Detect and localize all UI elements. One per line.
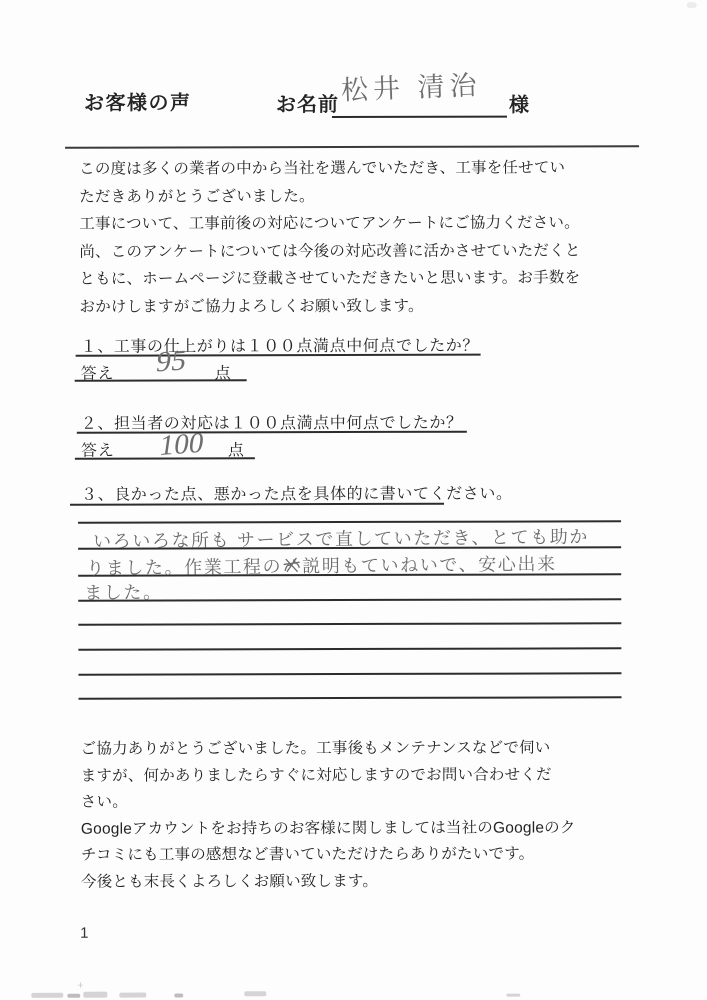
scan-smudge bbox=[174, 993, 183, 997]
comment-line-2-text-before: りました。作業工程の bbox=[86, 556, 282, 578]
question-2-heading-underline bbox=[77, 431, 467, 434]
intro-paragraph-2-line: ともに、ホームページに登載させていただきたいと思います。お手数を bbox=[79, 264, 580, 293]
question-1-heading-underline bbox=[76, 354, 481, 357]
intro-paragraph-2-line: 尚、このアンケートについては今後の対応改善に活かさせていただくと bbox=[79, 237, 580, 266]
question-1-score-handwritten: 95 bbox=[154, 344, 188, 379]
paper-sheet: お客様の声 お名前 松井 清治 様 この度は多くの業者の中から当社を選んでいただ… bbox=[0, 0, 707, 1000]
customer-name-handwritten: 松井 清治 bbox=[340, 63, 482, 107]
intro-paragraph-2-line: 工事について、工事前後の対応についてアンケートにご協力ください。 bbox=[79, 209, 580, 238]
closing-line: ご協力ありがとうございました。工事後もメンテナンスなどで伺い bbox=[81, 735, 576, 763]
question-2-score-handwritten: 100 bbox=[157, 427, 206, 463]
scan-smudge bbox=[244, 991, 266, 996]
ruled-line bbox=[78, 622, 621, 625]
scan-smudge bbox=[687, 2, 697, 8]
question-2-points-unit: 点 bbox=[228, 437, 244, 460]
intro-paragraph-2: 工事について、工事前後の対応についてアンケートにご協力ください。 尚、このアンケ… bbox=[79, 209, 580, 320]
scan-smudge bbox=[119, 993, 146, 998]
scan-smudge bbox=[83, 992, 107, 998]
closing-line: 今後とも末長くよろしくお願い致します。 bbox=[81, 868, 576, 896]
closing-paragraph: ご協力ありがとうございました。工事後もメンテナンスなどで伺い ますが、何かありま… bbox=[81, 735, 576, 895]
scanned-customer-survey: お客様の声 お名前 松井 清治 様 この度は多くの業者の中から当社を選んでいただ… bbox=[0, 0, 707, 1000]
question-3-heading: ３、良かった点、悪かった点を具体的に書いてください。 bbox=[81, 481, 513, 505]
scan-smudge bbox=[506, 994, 520, 997]
page-number: 1 bbox=[80, 925, 88, 942]
comment-handwritten-line-2: りました。作業工程の説明もていねいで、安心出来 bbox=[86, 550, 557, 581]
scan-smudge bbox=[67, 994, 80, 998]
name-underline bbox=[332, 116, 507, 118]
comment-handwritten-line-3: ました。 bbox=[84, 578, 163, 605]
header-divider-line bbox=[65, 145, 639, 149]
ruled-line bbox=[78, 647, 621, 650]
closing-line: ますが、何かありましたらすぐに対応しますのでお問い合わせくだ bbox=[81, 762, 576, 790]
name-label: お名前 bbox=[276, 88, 339, 117]
question-1-points-unit: 点 bbox=[215, 360, 231, 383]
ruled-line bbox=[79, 696, 622, 699]
closing-line: Googleアカウントをお持ちのお客様に関しましては当社のGoogleのク bbox=[81, 815, 576, 843]
intro-paragraph-1: この度は多くの業者の中から当社を選んでいただき、工事を任せてい ただきありがとう… bbox=[79, 154, 565, 210]
comment-line-2-text-after: 説明もていねいで、安心出来 bbox=[302, 554, 557, 576]
closing-line: さい。 bbox=[81, 788, 576, 816]
intro-paragraph-2-line: おかけしますがご協力よろしくお願い致します。 bbox=[79, 292, 580, 321]
closing-line: チコミにも工事の感想など書いていただけたらありがたいです。 bbox=[81, 841, 576, 869]
ruled-line bbox=[78, 672, 621, 675]
scan-registration-mark: + bbox=[77, 980, 83, 992]
question-3-heading-underline bbox=[70, 503, 444, 506]
scratched-out-character bbox=[282, 555, 302, 575]
intro-paragraph-1-line: この度は多くの業者の中から当社を選んでいただき、工事を任せてい bbox=[79, 154, 565, 183]
comment-handwritten-line-1: いろいろな所も サービスで直していただき、とても助か bbox=[93, 523, 589, 554]
intro-paragraph-1-line: ただきありがとうございました。 bbox=[79, 182, 565, 211]
name-honorific: 様 bbox=[509, 89, 529, 118]
page-title: お客様の声 bbox=[84, 86, 192, 115]
scan-smudge bbox=[31, 993, 63, 998]
